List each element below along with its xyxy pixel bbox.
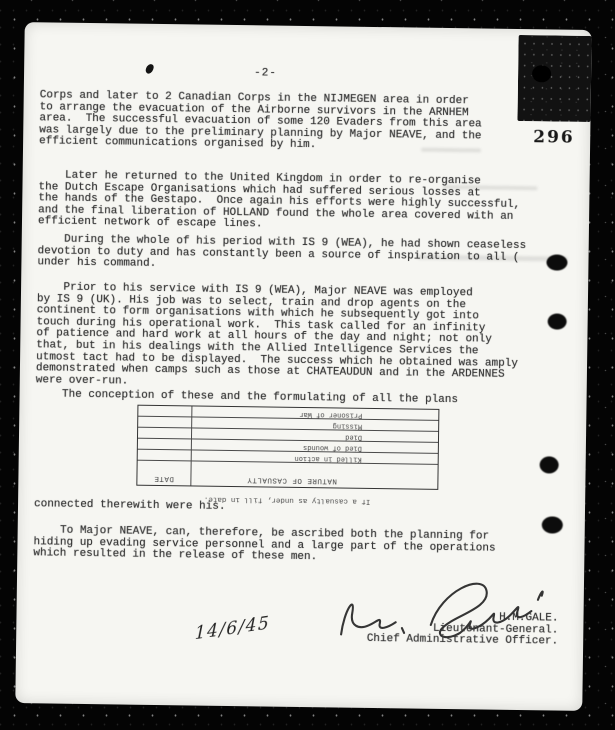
date-cell-empty: [138, 406, 192, 417]
paragraph-dutch-escape: Later he returned to the United Kingdom …: [38, 170, 591, 236]
ink-dot-icon: [540, 456, 559, 473]
paragraph-connected-fragment: connected therewith were his.: [34, 499, 586, 518]
handwritten-date: 14/6/45: [195, 610, 295, 645]
paragraph-is9-uk: Prior to his service with IS 9 (WEA), Ma…: [36, 282, 589, 394]
date-cell-empty: [138, 439, 192, 450]
page-number: -2-: [254, 68, 277, 80]
ink-dot-icon: [548, 313, 567, 329]
signature-block: H.M.GALE. Lieutenant-General. Chief Admi…: [336, 610, 558, 648]
scanned-document-background: { "document": { "page_number": "-2-", "s…: [0, 0, 615, 730]
ink-blot-mark: [145, 63, 155, 75]
hole-punch-icon: [532, 65, 551, 82]
ink-dot-icon: [542, 516, 563, 533]
document-page: -2- 296 Corps and later to 2 Canadian Co…: [15, 22, 591, 711]
paragraph-corps-evacuation: Corps and later to 2 Canadian Corps in t…: [39, 90, 592, 156]
casualty-table: NATURE OF CASUALTY DATE Killed in action…: [136, 405, 439, 490]
header-date: DATE: [137, 461, 191, 486]
date-cell-empty: [138, 428, 192, 439]
overprinted-casualty-form: If a casualty as under, fill in date. NA…: [126, 401, 449, 507]
date-cell-empty: [138, 417, 192, 428]
header-nature-of-casualty: NATURE OF CASUALTY: [191, 461, 437, 488]
ink-dot-icon: [546, 254, 567, 270]
table-header-row: NATURE OF CASUALTY DATE: [137, 461, 437, 489]
upside-down-form: If a casualty as under, fill in date. NA…: [126, 401, 449, 507]
date-cell-empty: [138, 450, 192, 461]
paragraph-devotion: During the whole of his period with IS 9…: [37, 234, 589, 276]
paragraph-ascription: To Major NEAVE, can, therefore, be ascri…: [33, 525, 585, 567]
